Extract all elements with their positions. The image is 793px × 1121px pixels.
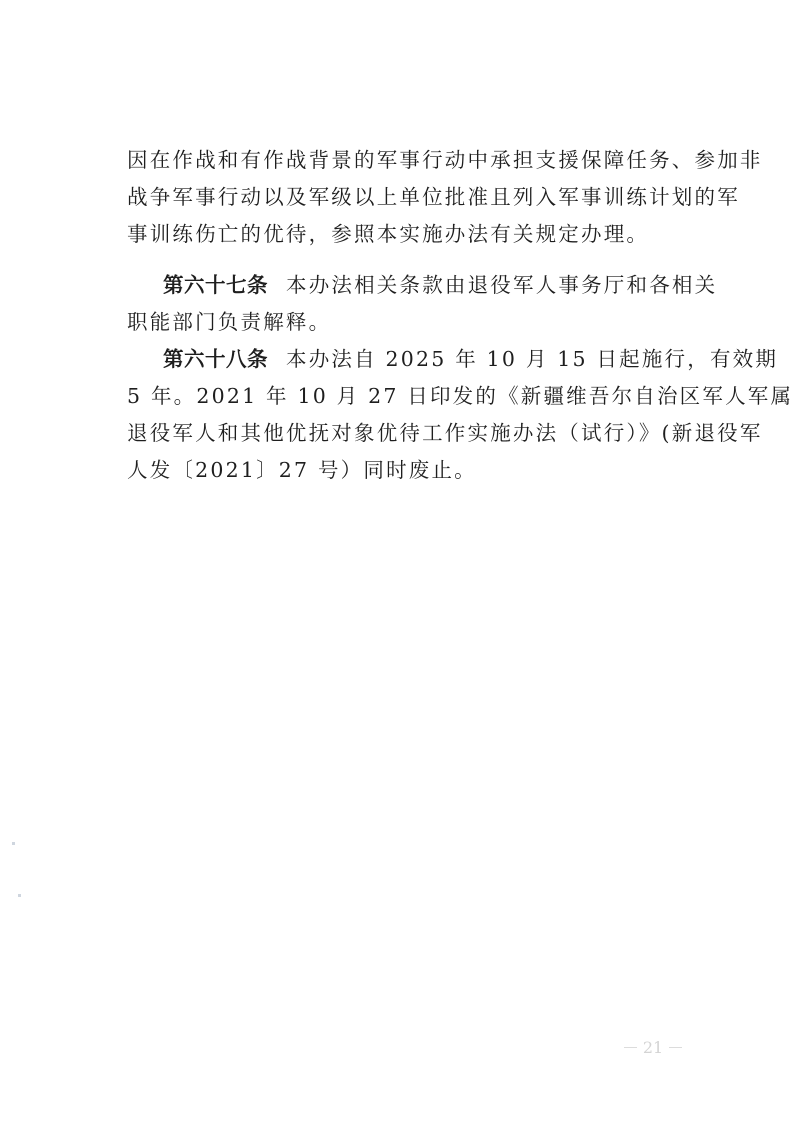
article-68-first-line: 第六十八条本办法自 2025 年 10 月 15 日起施行，有效期 — [127, 341, 693, 378]
text-line: 5 年。2021 年 10 月 27 日印发的《新疆维吾尔自治区军人军属、 — [127, 378, 693, 415]
page-number-text: 21 — [643, 1038, 663, 1057]
article-number: 第六十八条 — [163, 347, 268, 371]
text-line: 退役军人和其他优抚对象优待工作实施办法（试行）》(新退役军 — [127, 415, 693, 452]
article-67-first-line: 第六十七条本办法相关条款由退役军人事务厅和各相关 — [127, 267, 693, 304]
text-line: 战争军事行动以及军级以上单位批准且列入军事训练计划的军 — [127, 179, 693, 216]
dash-right — [669, 1047, 682, 1048]
article-text: 本办法相关条款由退役军人事务厅和各相关 — [286, 273, 717, 297]
paragraph-gap — [127, 253, 693, 267]
document-page: 因在作战和有作战背景的军事行动中承担支援保障任务、参加非 战争军事行动以及军级以… — [0, 0, 793, 1121]
article-number: 第六十七条 — [163, 273, 268, 297]
text-line: 因在作战和有作战背景的军事行动中承担支援保障任务、参加非 — [127, 142, 693, 179]
page-number: 21 — [618, 1037, 688, 1057]
article-text: 本办法自 2025 年 10 月 15 日起施行，有效期 — [286, 347, 778, 371]
scan-speck — [18, 894, 21, 897]
scan-speck — [12, 842, 15, 845]
text-line: 职能部门负责解释。 — [127, 304, 693, 341]
document-body: 因在作战和有作战背景的军事行动中承担支援保障任务、参加非 战争军事行动以及军级以… — [127, 142, 693, 489]
dash-left — [624, 1047, 637, 1048]
text-line: 事训练伤亡的优待，参照本实施办法有关规定办理。 — [127, 216, 693, 253]
text-line: 人发〔2021〕27 号）同时废止。 — [127, 452, 693, 489]
